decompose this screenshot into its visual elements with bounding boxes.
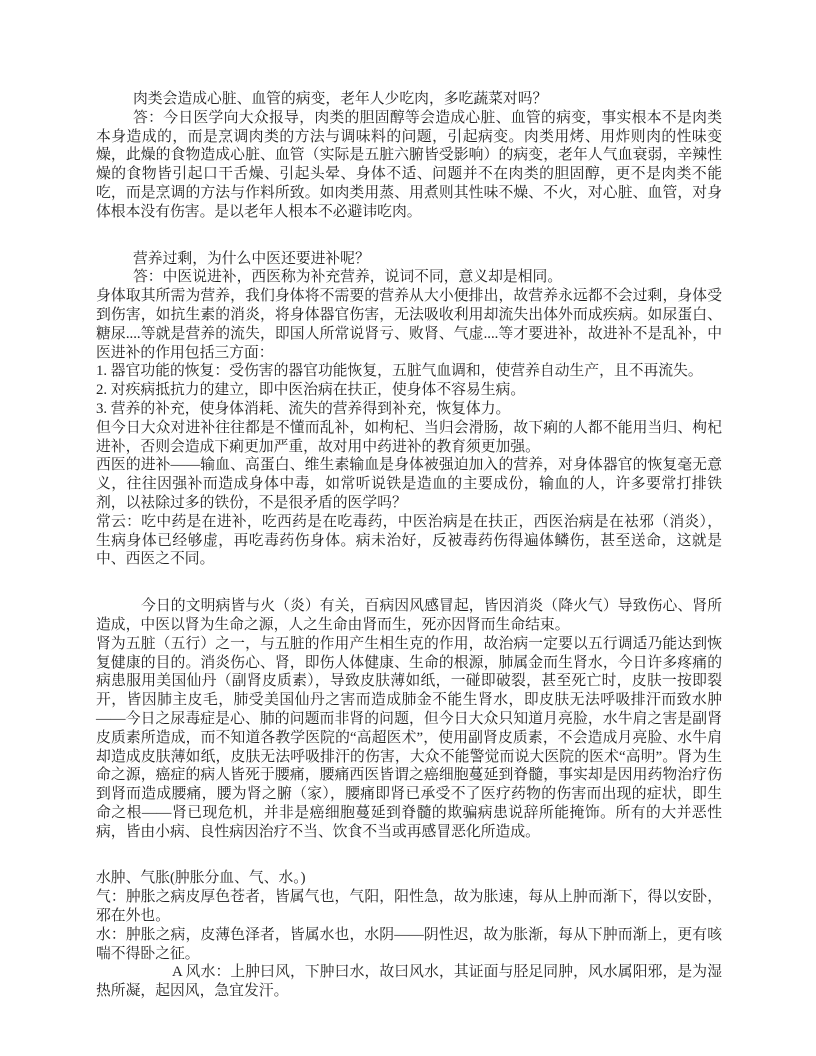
nutrition-body: 身体取其所需为营养，我们身体将不需要的营养从大小便排出，故营养永远都不会过剩，身…: [96, 287, 722, 362]
section-meat-qa: 肉类会造成心脏、血管的病变，老年人少吃肉，多吃蔬菜对吗？ 答：今日医学向大众报导…: [96, 90, 722, 222]
western-tonic-paragraph: 西医的进补——输血、高蛋白、维生素输血是身体被强迫加入的营养，对身体器官的恢复毫…: [96, 456, 722, 512]
tonic-misuse-paragraph: 但今日大众对进补往往都是不懂而乱补，如枸杞、当归会滑肠，故下痢的人都不能用当归、…: [96, 419, 722, 457]
wind-water-paragraph: A 风水：上肿曰风，下肿曰水，故曰风水，其证面与胫足同肿，风水属阳邪，是为湿热所…: [96, 963, 722, 1001]
section-kidney: 今日的文明病皆与火（炎）有关，百病因风感冒起，皆因消炎（降火气）导致伤心、肾所造…: [96, 597, 722, 841]
kidney-five-elements-paragraph: 肾为五脏（五行）之一，与五脏的作用产生相生克的作用，故治病一定要以五行调适乃能达…: [96, 635, 722, 842]
nutrition-question: 营养过剩，为什么中医还要进补呢？: [96, 250, 722, 269]
meat-answer: 答：今日医学向大众报导，肉类的胆固醇等会造成心脏、血管的病变，事实根本不是肉类本…: [96, 109, 722, 222]
tonic-function-item-2: 2. 对疾病抵抗力的建立，即中医治病在扶正，使身体不容易生病。: [96, 381, 722, 400]
common-saying-paragraph: 常云：吃中药是在进补，吃西药是在吃毒药，中医治病是在扶正，西医治病是在袪邪（消炎…: [96, 513, 722, 569]
tonic-function-item-1: 1. 器官功能的恢复：受伤害的器官功能恢复，五脏气血调和，使营养自动生产，且不再…: [96, 362, 722, 381]
edema-heading: 水肿、气胀(肿胀分血、气、水。): [96, 869, 722, 888]
meat-question: 肉类会造成心脏、血管的病变，老年人少吃肉，多吃蔬菜对吗？: [96, 90, 722, 109]
document-body: 肉类会造成心脏、血管的病变，老年人少吃肉，多吃蔬菜对吗？ 答：今日医学向大众报导…: [96, 90, 722, 1001]
section-edema: 水肿、气胀(肿胀分血、气、水。) 气：肿胀之病皮厚色苍者，皆属气也，气阳，阳性急…: [96, 869, 722, 1001]
document-page: 肉类会造成心脏、血管的病变，老年人少吃肉，多吃蔬菜对吗？ 答：今日医学向大众报导…: [0, 0, 816, 1056]
civilization-disease-paragraph: 今日的文明病皆与火（炎）有关，百病因风感冒起，皆因消炎（降火气）导致伤心、肾所造…: [96, 597, 722, 635]
nutrition-answer: 答：中医说进补，西医称为补充营养，说词不同，意义却是相同。: [96, 268, 722, 287]
tonic-function-item-3: 3. 营养的补充，使身体消耗、流失的营养得到补充，恢复体力。: [96, 400, 722, 419]
qi-distension-paragraph: 气：肿胀之病皮厚色苍者，皆属气也，气阳，阳性急，故为胀速，每从上肿而渐下，得以安…: [96, 888, 722, 926]
section-nutrition-tonics: 营养过剩，为什么中医还要进补呢？ 答：中医说进补，西医称为补充营养，说词不同，意…: [96, 250, 722, 570]
water-distension-paragraph: 水：肿胀之病，皮薄色泽者，皆属水也，水阴——阴性迟，故为胀渐，每从下肿而渐上，更…: [96, 926, 722, 964]
